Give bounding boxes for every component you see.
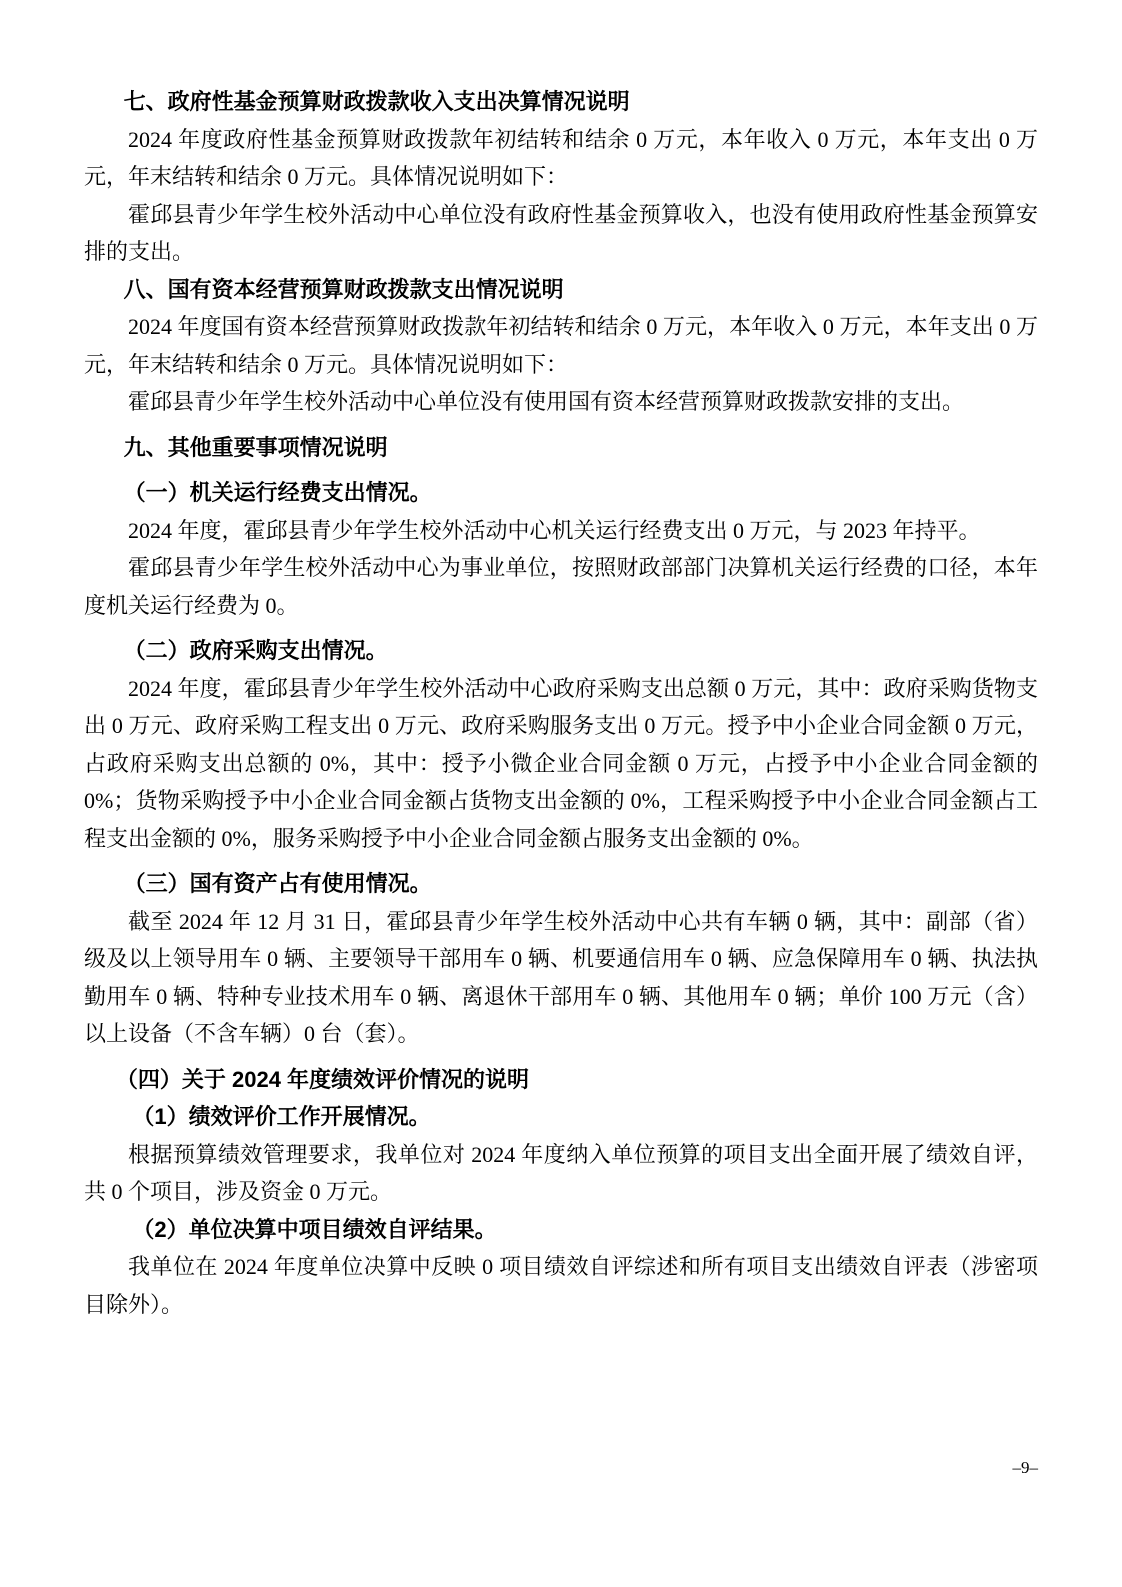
paragraph: 根据预算绩效管理要求，我单位对 2024 年度纳入单位预算的项目支出全面开展了绩…	[84, 1136, 1038, 1211]
section-heading: （一）机关运行经费支出情况。	[84, 474, 1038, 512]
paragraph: 我单位在 2024 年度单位决算中反映 0 项目绩效自评综述和所有项目支出绩效自…	[84, 1248, 1038, 1323]
section-heading: （1）绩效评价工作开展情况。	[84, 1098, 1038, 1136]
section-heading: （三）国有资产占有使用情况。	[84, 865, 1038, 903]
page-number: –9–	[1013, 1458, 1039, 1478]
section-heading: 八、国有资本经营预算财政拨款支出情况说明	[84, 271, 1038, 309]
section-heading: 七、政府性基金预算财政拨款收入支出决算情况说明	[84, 83, 1038, 121]
section-heading: 九、其他重要事项情况说明	[84, 429, 1038, 467]
paragraph: 霍邱县青少年学生校外活动中心单位没有政府性基金预算收入，也没有使用政府性基金预算…	[84, 196, 1038, 271]
section-heading: （2）单位决算中项目绩效自评结果。	[84, 1211, 1038, 1249]
paragraph: 2024 年度政府性基金预算财政拨款年初结转和结余 0 万元，本年收入 0 万元…	[84, 121, 1038, 196]
paragraph: 霍邱县青少年学生校外活动中心单位没有使用国有资本经营预算财政拨款安排的支出。	[84, 383, 1038, 421]
section-heading: （二）政府采购支出情况。	[84, 632, 1038, 670]
paragraph: 2024 年度国有资本经营预算财政拨款年初结转和结余 0 万元，本年收入 0 万…	[84, 308, 1038, 383]
paragraph: 2024 年度，霍邱县青少年学生校外活动中心机关运行经费支出 0 万元，与 20…	[84, 512, 1038, 550]
document-page: 七、政府性基金预算财政拨款收入支出决算情况说明2024 年度政府性基金预算财政拨…	[0, 0, 1122, 1587]
section-heading: （四）关于 2024 年度绩效评价情况的说明	[84, 1061, 1038, 1099]
paragraph: 2024 年度，霍邱县青少年学生校外活动中心政府采购支出总额 0 万元，其中：政…	[84, 670, 1038, 858]
paragraph: 截至 2024 年 12 月 31 日，霍邱县青少年学生校外活动中心共有车辆 0…	[84, 903, 1038, 1053]
paragraph: 霍邱县青少年学生校外活动中心为事业单位，按照财政部部门决算机关运行经费的口径，本…	[84, 549, 1038, 624]
document-body: 七、政府性基金预算财政拨款收入支出决算情况说明2024 年度政府性基金预算财政拨…	[84, 0, 1038, 1323]
